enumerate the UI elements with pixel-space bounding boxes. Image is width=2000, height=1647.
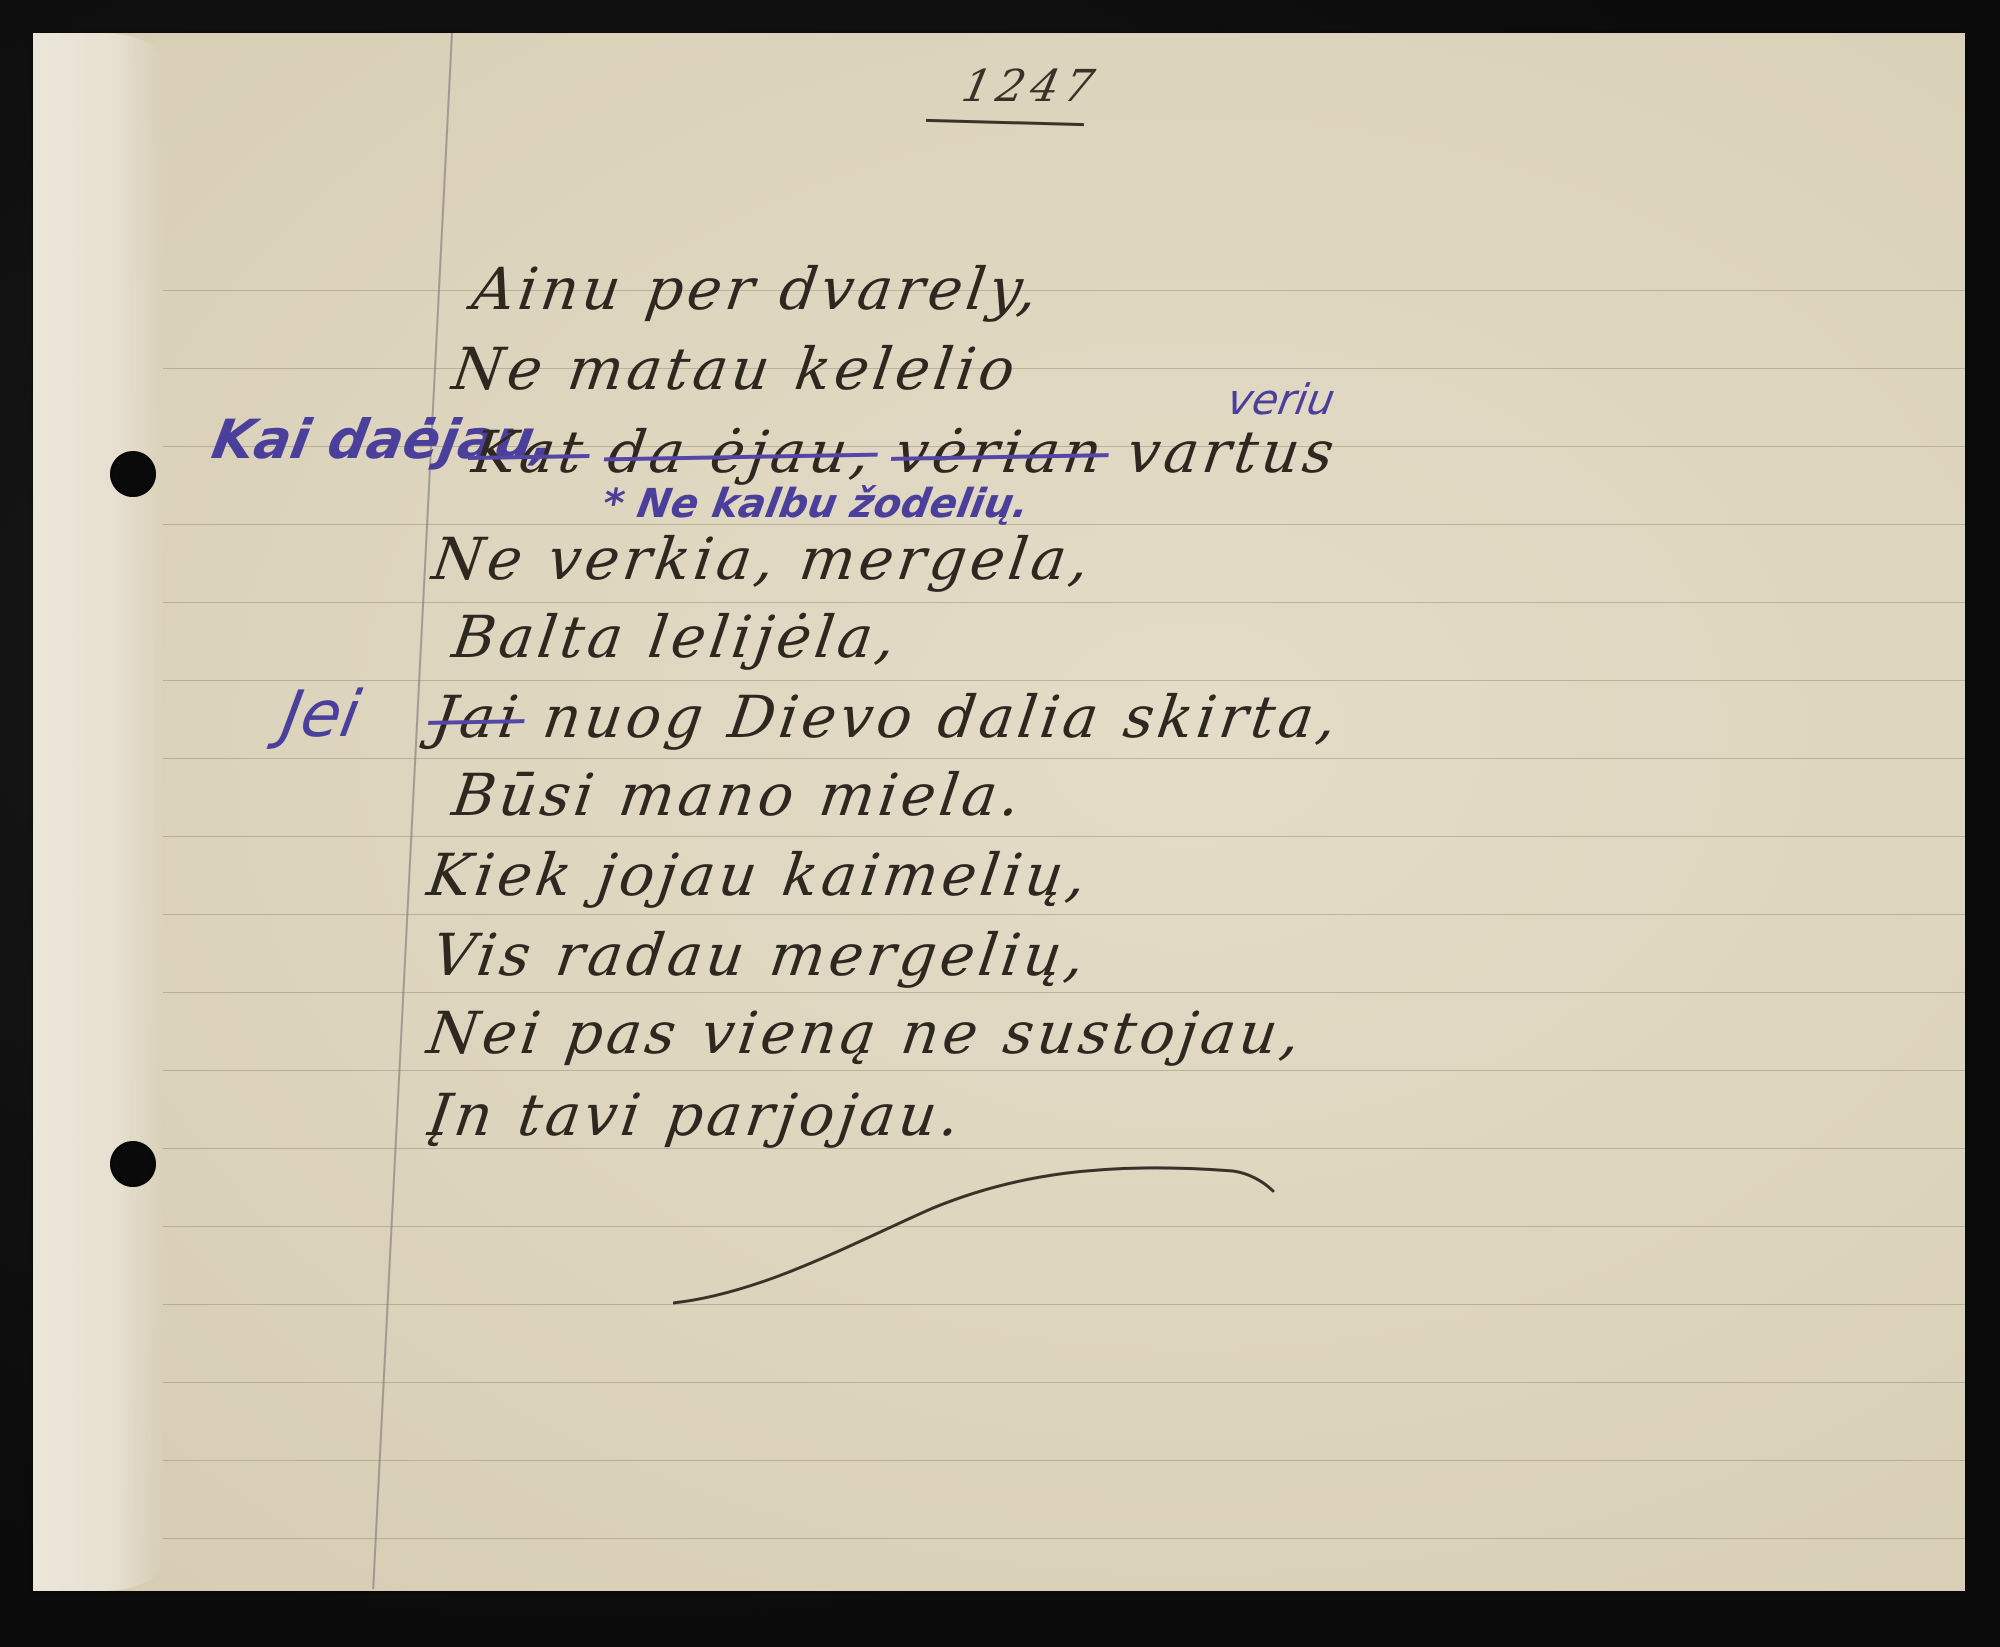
struck-word: Kat [468,418,591,486]
ruled-line [163,1382,1965,1383]
ruled-line [163,602,1965,603]
line-6-tail: nuog Dievo dalia skirta, [539,683,1345,751]
insert-below-ne-kalbu-zodeliu: * Ne kalbu žodelių. [599,481,1032,527]
poem-line-9: Vis radau mergelių, [428,921,1092,989]
ruled-line [163,1070,1965,1071]
worn-left-edge [33,33,163,1591]
poem-line-11: Įn tavi parjojau. [423,1081,968,1149]
poem-line-8: Kiek jojau kaimelių, [423,841,1094,909]
line-3-tail: vartus [1123,418,1342,486]
insert-left-jei: Jei [276,678,365,752]
poem-line-4: Ne verkia, mergela, [428,525,1097,593]
poem-line-2: Ne matau kelelio [448,335,1023,403]
ruled-line [163,290,1965,291]
ruled-line [163,1460,1965,1461]
ruled-line [163,914,1965,915]
struck-word: Jai [428,683,526,751]
poem-line-6: Jai nuog Dievo dalia skirta, [428,683,1344,751]
ruled-line [163,836,1965,837]
document-scan: 1247 Ainu per dvarely, Ne matau kelelio … [0,0,2000,1647]
poem-line-7: Būsi mano miela. [448,761,1028,829]
struck-word: da ėjau, [604,418,878,486]
poem-line-3: Kat da ėjau, vėrian vartus [468,418,1342,486]
insert-above-veriu: veriu [1224,375,1339,424]
poem-line-10: Nei pas vieną ne sustojau, [423,999,1308,1067]
ruled-line [163,1538,1965,1539]
page-number: 1247 [958,61,1105,112]
poem-line-1: Ainu per dvarely, [468,255,1045,323]
punch-hole [110,451,156,497]
margin-line [372,33,453,1589]
ruled-line [163,758,1965,759]
poem-line-5: Balta lelijėla, [448,603,903,671]
ruled-line [163,680,1965,681]
manuscript-page: 1247 Ainu per dvarely, Ne matau kelelio … [33,33,1965,1591]
page-number-underline [926,119,1084,126]
struck-word: vėrian [891,418,1110,486]
closing-flourish [673,1163,1313,1343]
punch-hole [110,1141,156,1187]
ruled-line [163,992,1965,993]
